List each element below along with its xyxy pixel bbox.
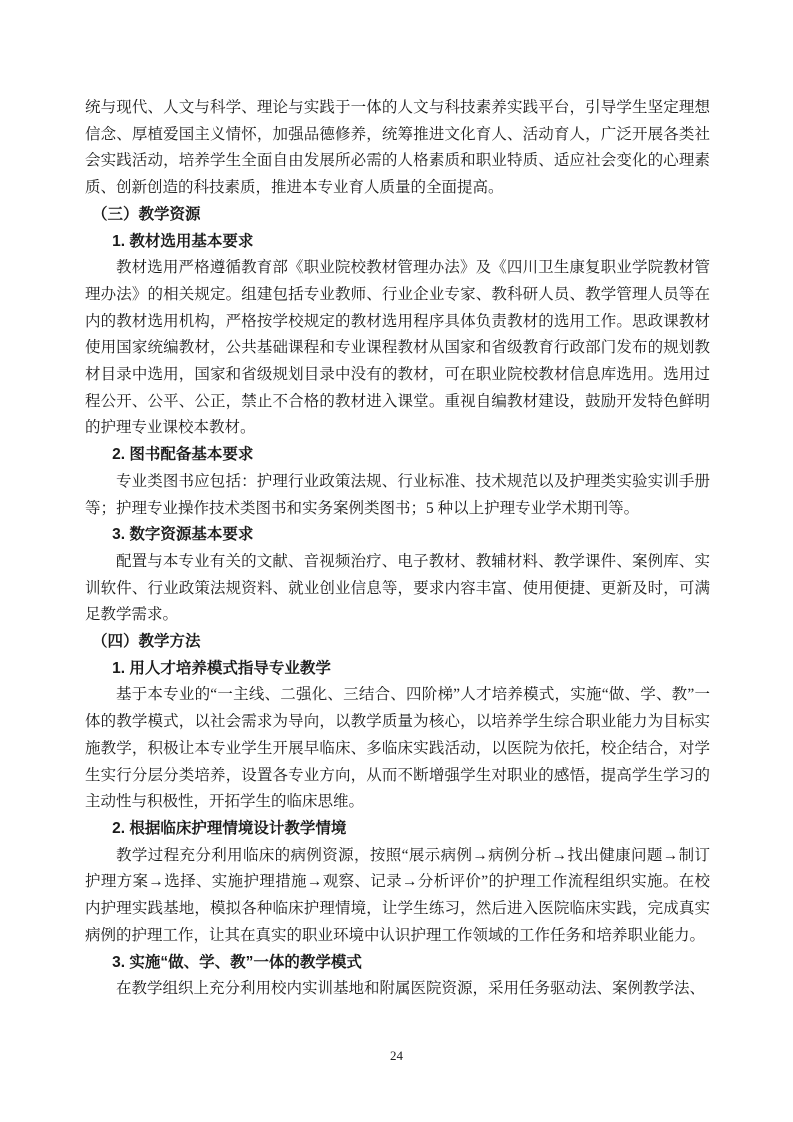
body-paragraph: 专业类图书应包括：护理行业政策法规、行业标准、技术规范以及护理类实验实训手册等；… [85,469,710,522]
section-heading-3: （三）教学资源 [85,202,710,229]
body-paragraph: 在教学组织上充分利用校内实训基地和附属医院资源，采用任务驱动法、案例教学法、 [85,976,710,1003]
subsection-heading-4-2: 2. 根据临床护理情境设计教学情境 [85,816,710,843]
body-paragraph: 教材选用严格遵循教育部《职业院校教材管理办法》及《四川卫生康复职业学院教材管理办… [85,255,710,442]
body-paragraph: 教学过程充分利用临床的病例资源，按照“展示病例→病例分析→找出健康问题→制订护理… [85,843,710,950]
body-paragraph: 基于本专业的“一主线、二强化、三结合、四阶梯”人才培养模式，实施“做、学、教”一… [85,682,710,816]
subsection-heading-3-2: 2. 图书配备基本要求 [85,442,710,469]
subsection-heading-3-3: 3. 数字资源基本要求 [85,522,710,549]
section-heading-4: （四）教学方法 [85,629,710,656]
subsection-heading-3-1: 1. 教材选用基本要求 [85,229,710,256]
body-paragraph: 配置与本专业有关的文献、音视频治疗、电子教材、教辅材料、教学课件、案例库、实训软… [85,549,710,629]
subsection-heading-4-3: 3. 实施“做、学、教”一体的教学模式 [85,950,710,977]
continued-paragraph: 统与现代、人文与科学、理论与实践于一体的人文与科技素养实践平台，引导学生坚定理想… [85,95,710,202]
page-number: 24 [0,1048,793,1064]
document-body: 统与现代、人文与科学、理论与实践于一体的人文与科技素养实践平台，引导学生坚定理想… [85,95,710,1003]
subsection-heading-4-1: 1. 用人才培养模式指导专业教学 [85,656,710,683]
document-page: 统与现代、人文与科学、理论与实践于一体的人文与科技素养实践平台，引导学生坚定理想… [0,0,793,1122]
